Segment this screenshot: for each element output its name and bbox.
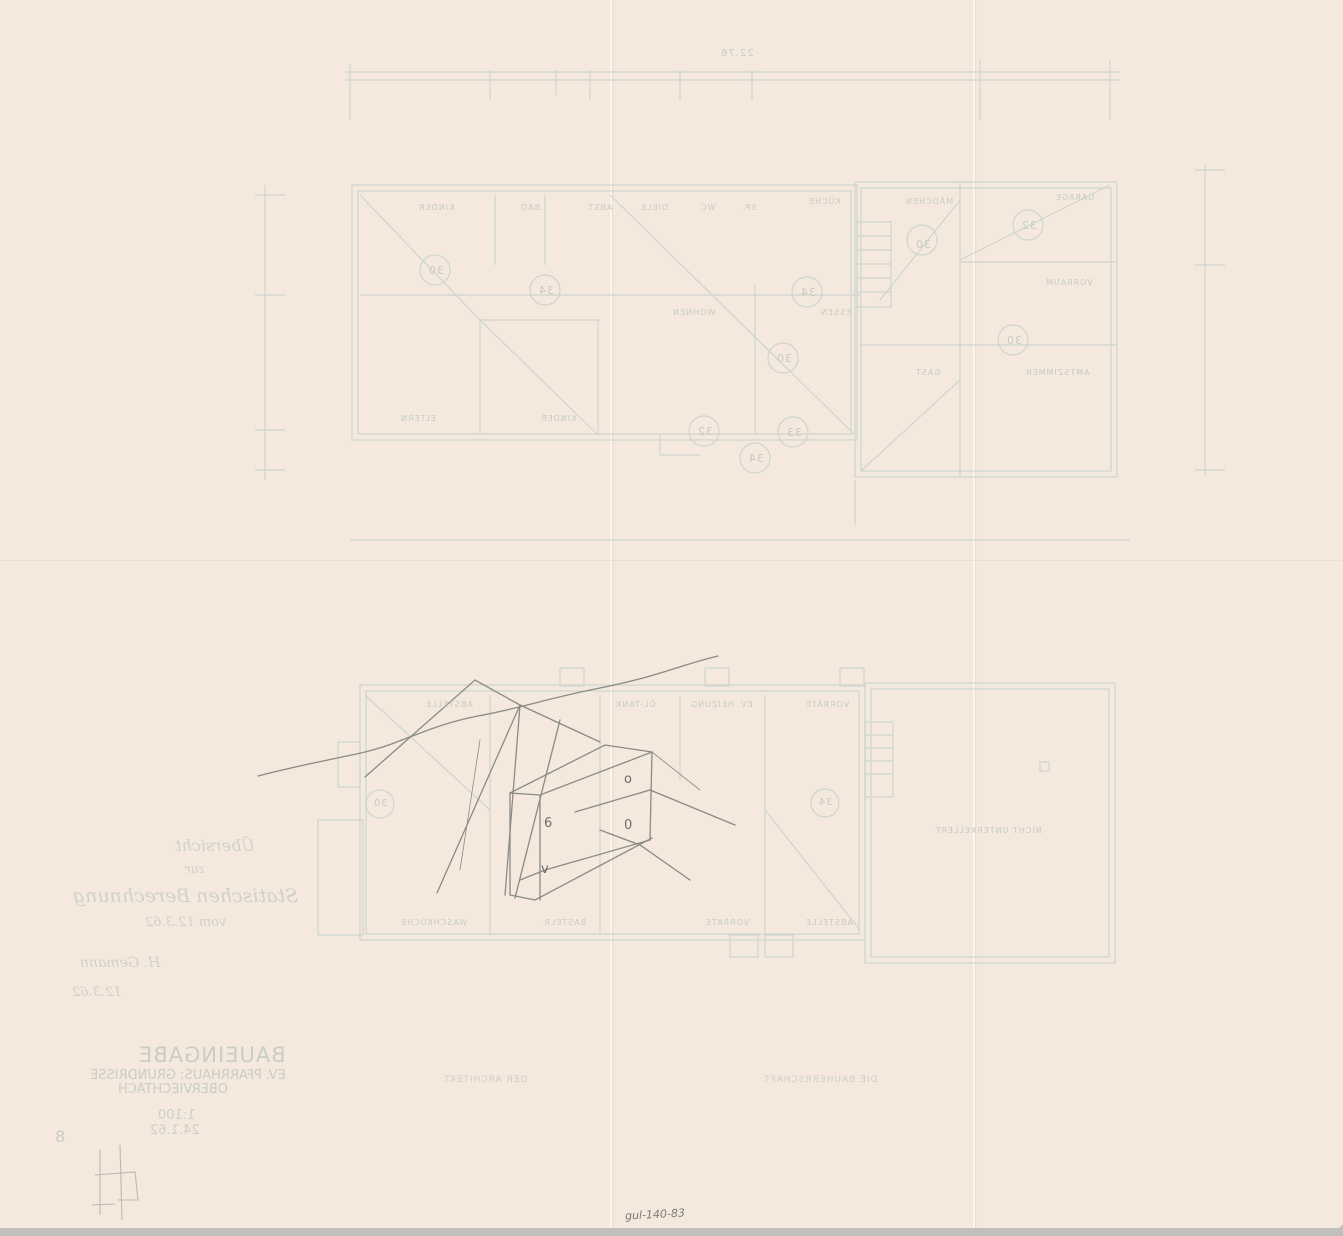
room-label: ESSEN xyxy=(820,308,851,317)
load-marker: 30 xyxy=(915,238,931,251)
room-label: WASCHKÜCHE xyxy=(400,918,467,927)
room-label: ELTERN xyxy=(400,414,436,423)
room-label: BASTELR. xyxy=(540,918,586,927)
svg-text:0: 0 xyxy=(624,818,632,833)
room-label: GARAGE xyxy=(1055,193,1095,202)
title-block-date: 24.1.62 xyxy=(150,1124,200,1138)
room-label: VORRAUM xyxy=(1045,278,1093,287)
load-marker: 30 xyxy=(373,798,388,809)
room-label: DIELE xyxy=(640,203,668,212)
title-block-location: OBERVIECHTACH xyxy=(118,1083,228,1096)
room-label: ABSTELLE xyxy=(805,918,853,927)
room-label: NICHT UNTERKELLERT xyxy=(935,826,1042,835)
signature-date: 12.3.62 xyxy=(72,985,122,1000)
dimension-label: 22.76 xyxy=(720,48,754,59)
room-label: VORRATE xyxy=(705,918,749,927)
svg-text:v: v xyxy=(541,862,549,877)
room-label: WC xyxy=(700,203,716,212)
room-label: GAST xyxy=(915,368,941,377)
room-label: SP. xyxy=(742,203,756,212)
room-label: WOHNEN xyxy=(672,308,715,317)
signature: H. Gemann xyxy=(80,955,160,971)
title-block-subtitle: EV. PFARRHAUS: GRUNDRISSE xyxy=(90,1069,286,1082)
title-block-title: BAUEINGABE xyxy=(138,1043,286,1067)
room-label: MÄDCHEN xyxy=(905,197,953,206)
load-marker: 30 xyxy=(776,352,792,365)
room-label: KINDER xyxy=(540,414,576,423)
client-label: DIE BAUHERRSCHAFT: xyxy=(760,1075,878,1085)
svg-text:6: 6 xyxy=(544,816,552,831)
load-marker: 30 xyxy=(428,264,444,277)
load-marker: 32 xyxy=(697,425,713,438)
load-marker: 33 xyxy=(786,426,802,439)
sheet-mark: 8 xyxy=(55,1127,65,1146)
load-marker: 32 xyxy=(1021,219,1037,232)
load-marker: 34 xyxy=(800,286,816,299)
paper-sheet: o 6 0 v BAUEINGABE EV. PFARRHAUS: GRUNDR… xyxy=(0,0,1343,1228)
note-line-1: Übersicht xyxy=(175,836,255,855)
room-label: KINDER xyxy=(418,203,454,212)
note-line-2: zur xyxy=(185,862,205,876)
room-label: VORRÄTE xyxy=(805,700,849,709)
load-marker: 34 xyxy=(538,284,554,297)
svg-text:o: o xyxy=(624,772,632,787)
load-marker: 34 xyxy=(748,452,764,465)
load-marker: 34 xyxy=(818,797,833,808)
room-label: ABST. xyxy=(585,203,612,212)
note-line-3: Statischen Berechnung xyxy=(73,885,298,907)
note-line-4: vom 12.3.62 xyxy=(145,915,226,930)
room-label: KÜCHE xyxy=(808,197,841,206)
load-marker: 30 xyxy=(1006,334,1022,347)
room-label: BAD xyxy=(520,203,540,212)
room-label: EV. HEIZUNG xyxy=(690,700,753,709)
room-label: ABSTELLE xyxy=(425,700,473,709)
room-label: ÖL-TANK xyxy=(615,700,656,709)
title-block-scale: 1:100 xyxy=(158,1109,195,1123)
room-label: AMTSZIMMER xyxy=(1025,368,1090,377)
architect-label: DER ARCHITEKT: xyxy=(440,1075,527,1085)
